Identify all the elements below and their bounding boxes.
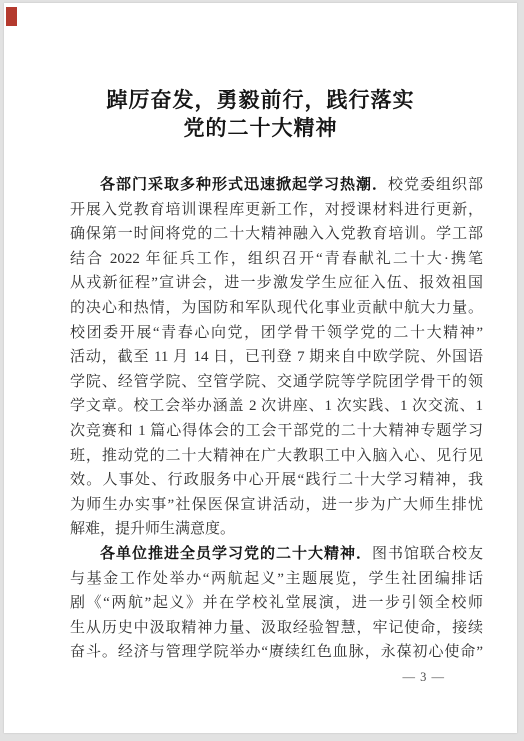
body-line: 效。人事处、行政服务中心开展“践行二十大学习精神，我: [70, 468, 483, 493]
body-line: 为师生办实事”社保医保宣讲活动，进一步为广大师生排忧: [70, 493, 483, 518]
document-body: 各部门采取多种形式迅速掀起学习热潮．校党委组织部开展入党教育培训课程库更新工作，…: [70, 173, 483, 665]
title-line-2: 党的二十大精神: [4, 115, 517, 143]
page-number: — 3 —: [403, 670, 446, 684]
document-page: 踔厉奋发，勇毅前行，践行落实 党的二十大精神 各部门采取多种形式迅速掀起学习热潮…: [4, 3, 517, 733]
body-line: 的决心和热情，为国防和军队现代化事业贡献中航大力量。: [70, 296, 483, 321]
paragraph-lead: 各单位推进全员学习党的二十大精神．: [100, 545, 372, 562]
body-line: 与基金工作处举办“两航起义”主题展览，学生社团编排话: [70, 567, 483, 592]
body-line: 开展入党教育培训课程库更新工作，对授课材料进行更新，: [70, 198, 483, 223]
red-corner-mark: [6, 7, 17, 26]
paragraph-lead: 各部门采取多种形式迅速掀起学习热潮．: [100, 176, 388, 193]
body-line: 从戎新征程”宣讲会，进一步激发学生应征入伍、报效祖国: [70, 271, 483, 296]
body-line: 结合 2022 年征兵工作，组织召开“青春献礼二十大·携笔: [70, 247, 483, 272]
body-line: 奋斗。经济与管理学院举办“赓续红色血脉，永葆初心使命”: [70, 640, 483, 665]
body-line: 学院、经管学院、空管学院、交通学院等学院团学骨干的领: [70, 370, 483, 395]
body-line: 各部门采取多种形式迅速掀起学习热潮．校党委组织部: [70, 173, 483, 198]
body-line: 学文章。校工会举办涵盖 2 次讲座、1 次实践、1 次交流、1: [70, 394, 483, 419]
body-line: 校团委开展“青春心向党，团学骨干领学党的二十大精神”: [70, 321, 483, 346]
body-line: 各单位推进全员学习党的二十大精神．图书馆联合校友: [70, 542, 483, 567]
body-line: 活动，截至 11 月 14 日，已刊登 7 期来自中欧学院、外国语: [70, 345, 483, 370]
body-line: 剧《“两航”起义》并在学校礼堂展演，进一步引领全校师: [70, 591, 483, 616]
body-line: 班，推动党的二十大精神在广大教职工中入脑入心、见行见: [70, 444, 483, 469]
body-line: 确保第一时间将党的二十大精神融入入党教育培训。学工部: [70, 222, 483, 247]
body-line: 生从历史中汲取精神力量、汲取经验智慧，牢记使命，接续: [70, 616, 483, 641]
title-line-1: 踔厉奋发，勇毅前行，践行落实: [4, 87, 517, 115]
body-line: 次竞赛和 1 篇心得体会的工会干部党的二十大精神专题学习: [70, 419, 483, 444]
body-line: 解难，提升师生满意度。: [70, 517, 483, 542]
document-title: 踔厉奋发，勇毅前行，践行落实 党的二十大精神: [4, 87, 517, 143]
